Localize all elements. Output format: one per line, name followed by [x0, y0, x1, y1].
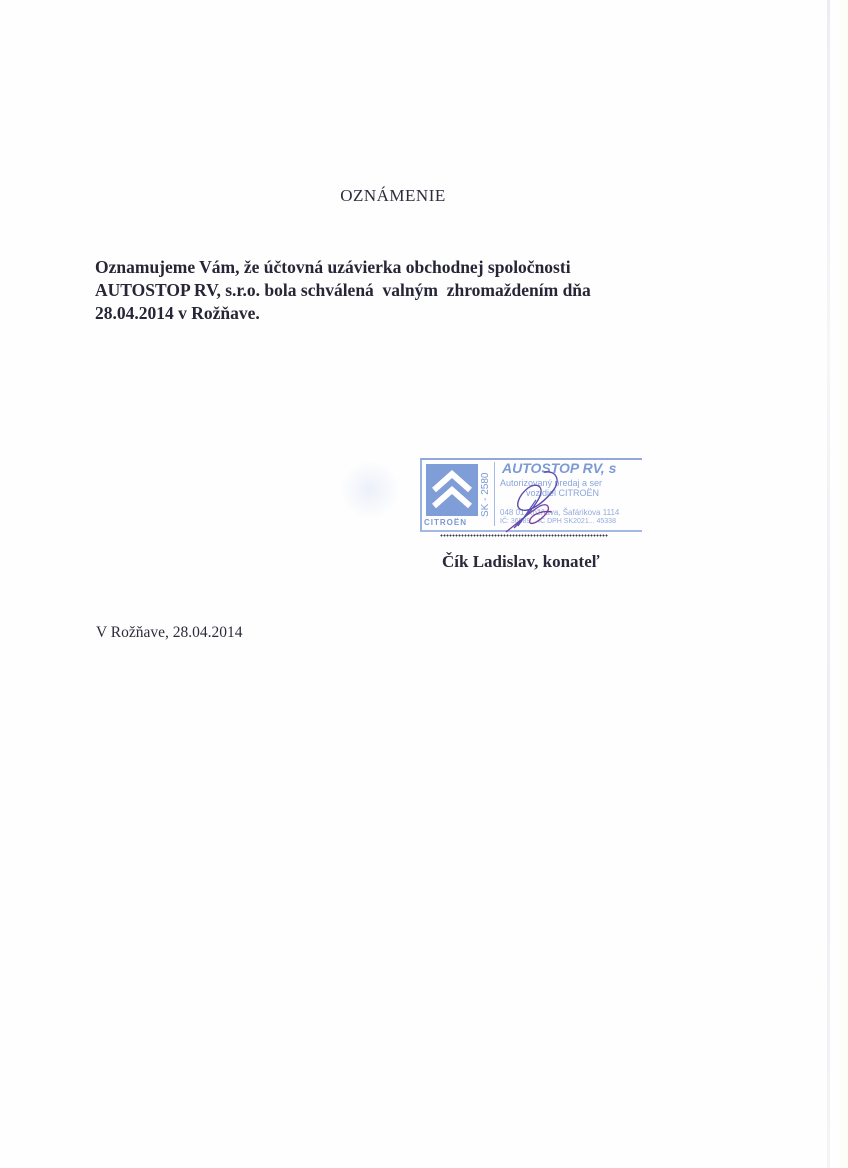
document-title: OZNÁMENIE	[0, 186, 786, 206]
signature-dotted-line	[440, 534, 608, 537]
signatory-name: Čík Ladislav, konateľ	[442, 552, 600, 572]
body-line-1: Oznamujeme Vám, že účtovná uzávierka obc…	[95, 256, 695, 279]
announcement-body: Oznamujeme Vám, že účtovná uzávierka obc…	[95, 256, 695, 325]
scan-edge-shadow	[827, 0, 830, 1168]
stamp-divider	[494, 462, 495, 526]
document-page: OZNÁMENIE Oznamujeme Vám, že účtovná uzá…	[0, 0, 848, 1168]
body-line-2: AUTOSTOP RV, s.r.o. bola schválená valný…	[95, 279, 695, 302]
stamp-brand-text: CITROËN	[424, 518, 467, 527]
place-and-date: V Rožňave, 28.04.2014	[96, 624, 243, 642]
body-line-3: 28.04.2014 v Rožňave.	[95, 302, 695, 325]
stamp-vertical-code: SK - 2580	[480, 460, 492, 530]
handwritten-signature-icon	[500, 466, 570, 543]
citroen-logo-icon	[426, 464, 478, 516]
scan-edge-margin	[840, 0, 848, 1168]
scan-ghost-mark	[340, 460, 400, 520]
